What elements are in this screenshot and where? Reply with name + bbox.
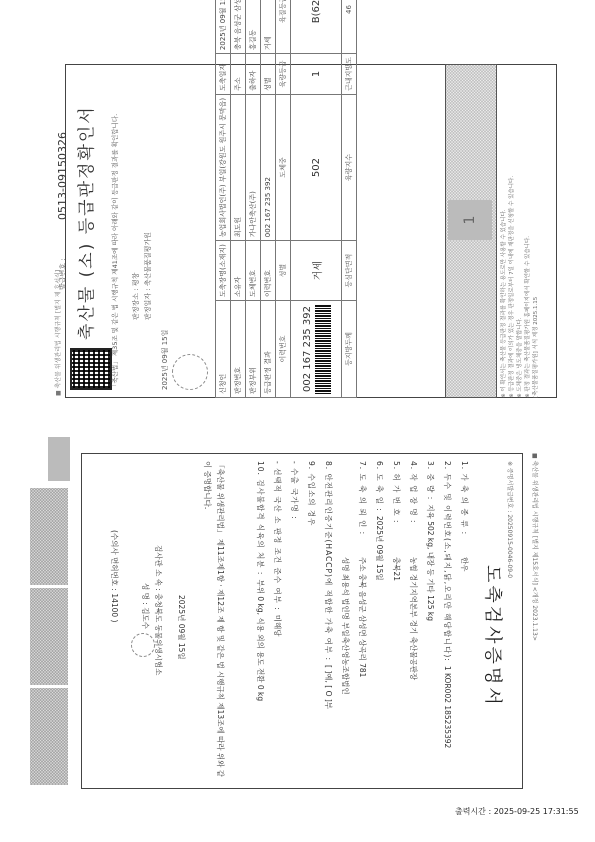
item-key: 7. 도 축 의 뢰 인 : — [354, 461, 371, 553]
item-value: 지육 502 kg, 내장 등 기타 125 kg — [422, 504, 439, 621]
official-seal-icon — [131, 633, 155, 657]
result-sublabel: 등심단면적 — [342, 241, 357, 301]
affiliation-label: 검사관 소 속 : — [154, 545, 163, 591]
item-key: 2. 두수 및 이력번호(소,돼지,닭,오리만 해당합니다): — [439, 461, 456, 662]
item-key: 1. 가 축 의 종 류 : — [456, 461, 473, 553]
table-cell: 성별 — [261, 54, 276, 95]
table-cell: 거세 — [261, 0, 276, 54]
issue-date: 2025년 09월 15일 — [176, 595, 187, 660]
slaughter-inspection-certificate: ■ 축산물 위생관리법 시행규칙 [별지 제15호서식] <개정 2023.1.… — [75, 445, 545, 795]
item-value: 농협 경기지역본부 경기 축산물공판장 — [405, 557, 422, 680]
table-cell: 판정번호 — [231, 301, 246, 398]
item-key: 6. 도 축 일 : — [371, 461, 388, 512]
certificate-item: 성명 최용석 법인명 부일축산영농조합법인 — [337, 461, 354, 748]
certificate-item: 2. 두수 및 이력번호(소,돼지,닭,오리만 해당합니다):1 KOR002 … — [439, 461, 456, 748]
item-value: 한우 — [456, 557, 473, 572]
table-cell: 주소 — [231, 54, 246, 95]
item-value: 성명 최용석 법인명 부일축산영농조합법인 — [337, 557, 354, 695]
result-value: 502 — [291, 94, 342, 240]
note-line: ※ 등급판정 결과에 이의가 있는 경우 판정일로부터 7일 이내에 재판정을 … — [508, 66, 516, 398]
grade-stamp: 1 — [448, 200, 492, 240]
item-key: 5. 허 가 번 호 : — [388, 461, 405, 553]
table-cell: 신청인 — [216, 301, 231, 398]
scan-noise-strip — [30, 488, 68, 585]
note-line: ※ 판정 결과는 축산물품질평가원 홈페이지에서 확인할 수 있습니다. — [524, 66, 532, 398]
result-label: 이력번호 — [276, 301, 291, 398]
table-cell: 가나안축산(주) — [246, 94, 261, 240]
table-cell: 도축일자 — [216, 54, 231, 95]
marbling-score: 46 — [342, 0, 357, 54]
table-cell: 도축장명(소재지) — [216, 241, 231, 301]
result-sublabel: 육량지수 — [342, 94, 357, 240]
result-label: 육량등급 — [276, 54, 291, 95]
grade-stamp-value: 1 — [462, 216, 478, 225]
grade-certificate: ■ 축산물 위생관리법 시행규칙 [별지 제 호서식] 발급번호 : 0513-… — [50, 55, 560, 410]
item-key — [337, 461, 354, 553]
official-seal-icon — [172, 354, 208, 390]
note-line: ※ 도체중은 냉도체중을 말합니다. — [516, 66, 524, 398]
certificate-fields: 판정장소 : 평창 판정일자 : 축산물품질평가원 — [130, 232, 154, 320]
table-cell: 충북 음성군 삼성면 35-33 — [231, 0, 246, 54]
print-time: 출력시간 : 2025-09-25 17:31:55 — [455, 806, 579, 817]
item-value: [ ]예, [ O ]부 — [320, 665, 337, 709]
table-cell: 소유자 — [231, 241, 246, 301]
table-cell: 판정부위 — [246, 301, 261, 398]
grade-info-table: 신청인도축장명(소재지)농업회사법인(주) 부일(강원도 원주시 문막읍)도축일… — [215, 0, 357, 398]
item-key: - 선택적 국산 소 판정 조건 준수 여부 : — [269, 461, 286, 611]
cert-number-label: 발급번호 : — [58, 258, 68, 290]
field-value: 평창 — [132, 273, 140, 287]
barcode-number: 002 167 235 392 — [302, 304, 313, 394]
result-label-row: 이력번호 성별 도체중 육량등급 육질등급 — [276, 0, 291, 398]
item-value: 1 KOR002 185235392 — [439, 666, 456, 748]
item-key: 4. 작 업 장 명 : — [405, 461, 422, 553]
result-sublabel: 근내지방도 — [342, 54, 357, 95]
inspector-name: 김도수 — [141, 607, 150, 629]
table-row: 신청인도축장명(소재지)농업회사법인(주) 부일(강원도 원주시 문막읍)도축일… — [216, 0, 231, 398]
result-label: 도체중 — [276, 94, 291, 240]
certificate-item: 8. 안전관리인증기준(HACCP)에 적합한 가축 여부 :[ ]예, [ O… — [320, 461, 337, 748]
closing-statement: 「축산물 위생관리법」 제11조제1항 · 제12조 제 항 및 같은 법 시행… — [201, 461, 227, 781]
certificate-title: 도축검사증명서 — [481, 565, 507, 708]
result-sublabel: 등지방두께 — [342, 301, 357, 398]
certificate-item: 1. 가 축 의 종 류 :한우 — [456, 461, 473, 748]
item-value: 2025년 09월 15일 — [371, 516, 388, 581]
result-sublabel-row: 등지방두께 등심단면적 육량지수 근내지방도 46 — [342, 0, 357, 398]
certificate-title: 축산물 (소) 등급판정확인서 — [72, 105, 97, 340]
note-line: ※ 이 확인서는 축산물 등급판정 결과를 확인하는 용도로만 사용할 수 있습… — [500, 66, 508, 398]
cert-number: 0513-09150326 — [56, 132, 69, 220]
item-value: 부위 0 kg, 식용 외의 용도 전환 0 kg — [252, 579, 269, 701]
certificate-item: 4. 작 업 장 명 :농협 경기지역본부 경기 축산물공판장 — [405, 461, 422, 748]
issue-date: 2025년 09월 15일 — [160, 330, 170, 390]
table-cell: 2025년 09월 15일 — [216, 0, 231, 54]
item-key: 8. 안전관리인증기준(HACCP)에 적합한 가축 여부 : — [320, 461, 337, 661]
name-label: 성 명 : — [141, 583, 150, 605]
item-value: 충북21 — [388, 557, 405, 581]
table-row: 판정부위도체번호가나안축산(주)출하자홍길동 — [246, 0, 261, 398]
certificate-notes: ※ 이 확인서는 축산물 등급판정 결과를 확인하는 용도로만 사용할 수 있습… — [500, 66, 540, 398]
certificate-item: 7. 도 축 의 뢰 인 :주소 충북 음성군 삼성면 상곡리 781 — [354, 461, 371, 748]
certificate-items: 1. 가 축 의 종 류 :한우2. 두수 및 이력번호(소,돼지,닭,오리만 … — [252, 461, 473, 748]
qr-code-icon — [70, 348, 112, 390]
table-row: 등급판정 결과이력번호002 167 235 392성별거세 — [261, 0, 276, 398]
table-cell: 등급판정 결과 — [261, 301, 276, 398]
license-number: (수의사 면허번호 : 14100 ) — [109, 530, 120, 623]
field-value: 축산물품질평가원 — [144, 232, 152, 286]
certificate-item: 3. 중 량 :지육 502 kg, 내장 등 기타 125 kg — [422, 461, 439, 748]
result-label: 성별 — [276, 241, 291, 301]
field-label: 판정장소 : — [132, 288, 140, 320]
certificate-item: 6. 도 축 일 :2025년 09월 15일 — [371, 461, 388, 748]
certificate-item: 10. 검사불합격 식육의 처분 :부위 0 kg, 식용 외의 용도 전환 0… — [252, 461, 269, 748]
item-value: 미해당 — [269, 615, 286, 637]
logo-icon — [48, 437, 70, 481]
table-cell: 이력번호 — [261, 241, 276, 301]
scan-noise-strip — [30, 688, 68, 785]
result-label: 육질등급 — [276, 0, 291, 54]
trace-number-cell: 002 167 235 392 — [291, 301, 342, 398]
scan-noise-strip — [30, 588, 68, 685]
certificate-item: - 선택적 국산 소 판정 조건 준수 여부 :미해당 — [269, 461, 286, 748]
table-cell: 도체번호 — [246, 241, 261, 301]
result-value: 1 — [291, 54, 342, 95]
form-header-note: ■ 축산물 위생관리법 시행규칙 [별지 제15호서식] <개정 2023.1.… — [531, 453, 540, 641]
table-cell: 농업회사법인(주) 부일(강원도 원주시 문막읍) — [216, 94, 231, 240]
table-row: 판정번호소유자최도원주소충북 음성군 삼성면 35-33 — [231, 0, 246, 398]
result-value: B(62) — [291, 0, 342, 54]
certificate-item: - 수출 국가명 : — [286, 461, 303, 748]
footer-note: [축산물품질평가원] 서식 제정 2025.1.15 — [532, 66, 540, 398]
table-cell: 출하자 — [246, 54, 261, 95]
certificate-item: 9. 수입소의 경우 — [303, 461, 320, 748]
certificate-item: 5. 허 가 번 호 :충북21 — [388, 461, 405, 748]
table-cell: 002 167 235 392 — [261, 94, 276, 240]
field-label: 판정일자 : — [144, 288, 152, 320]
table-cell: 홍길동 — [246, 0, 261, 54]
item-key: 9. 수입소의 경우 — [303, 461, 320, 553]
result-value-row: 002 167 235 392 거세 502 1 B(62) — [291, 0, 342, 398]
item-key: - 수출 국가명 : — [286, 461, 303, 553]
result-value: 거세 — [291, 241, 342, 301]
item-key: 3. 중 량 : — [422, 461, 439, 500]
request-number: ※ 증명서발급번호 : 20250915-0046-09-0 — [506, 461, 515, 578]
certificate-intro: 「축산법」 제35조 및 같은 법 시행규칙 제41조에 따라 아래와 같이 등… — [110, 114, 119, 390]
affiliation-value: 충청북도 동물위생시험소 — [154, 593, 163, 675]
item-key: 10. 검사불합격 식육의 처분 : — [252, 461, 269, 575]
table-cell: 최도원 — [231, 94, 246, 240]
item-value: 주소 충북 음성군 삼성면 상곡리 781 — [354, 557, 371, 677]
barcode-icon — [315, 304, 331, 394]
